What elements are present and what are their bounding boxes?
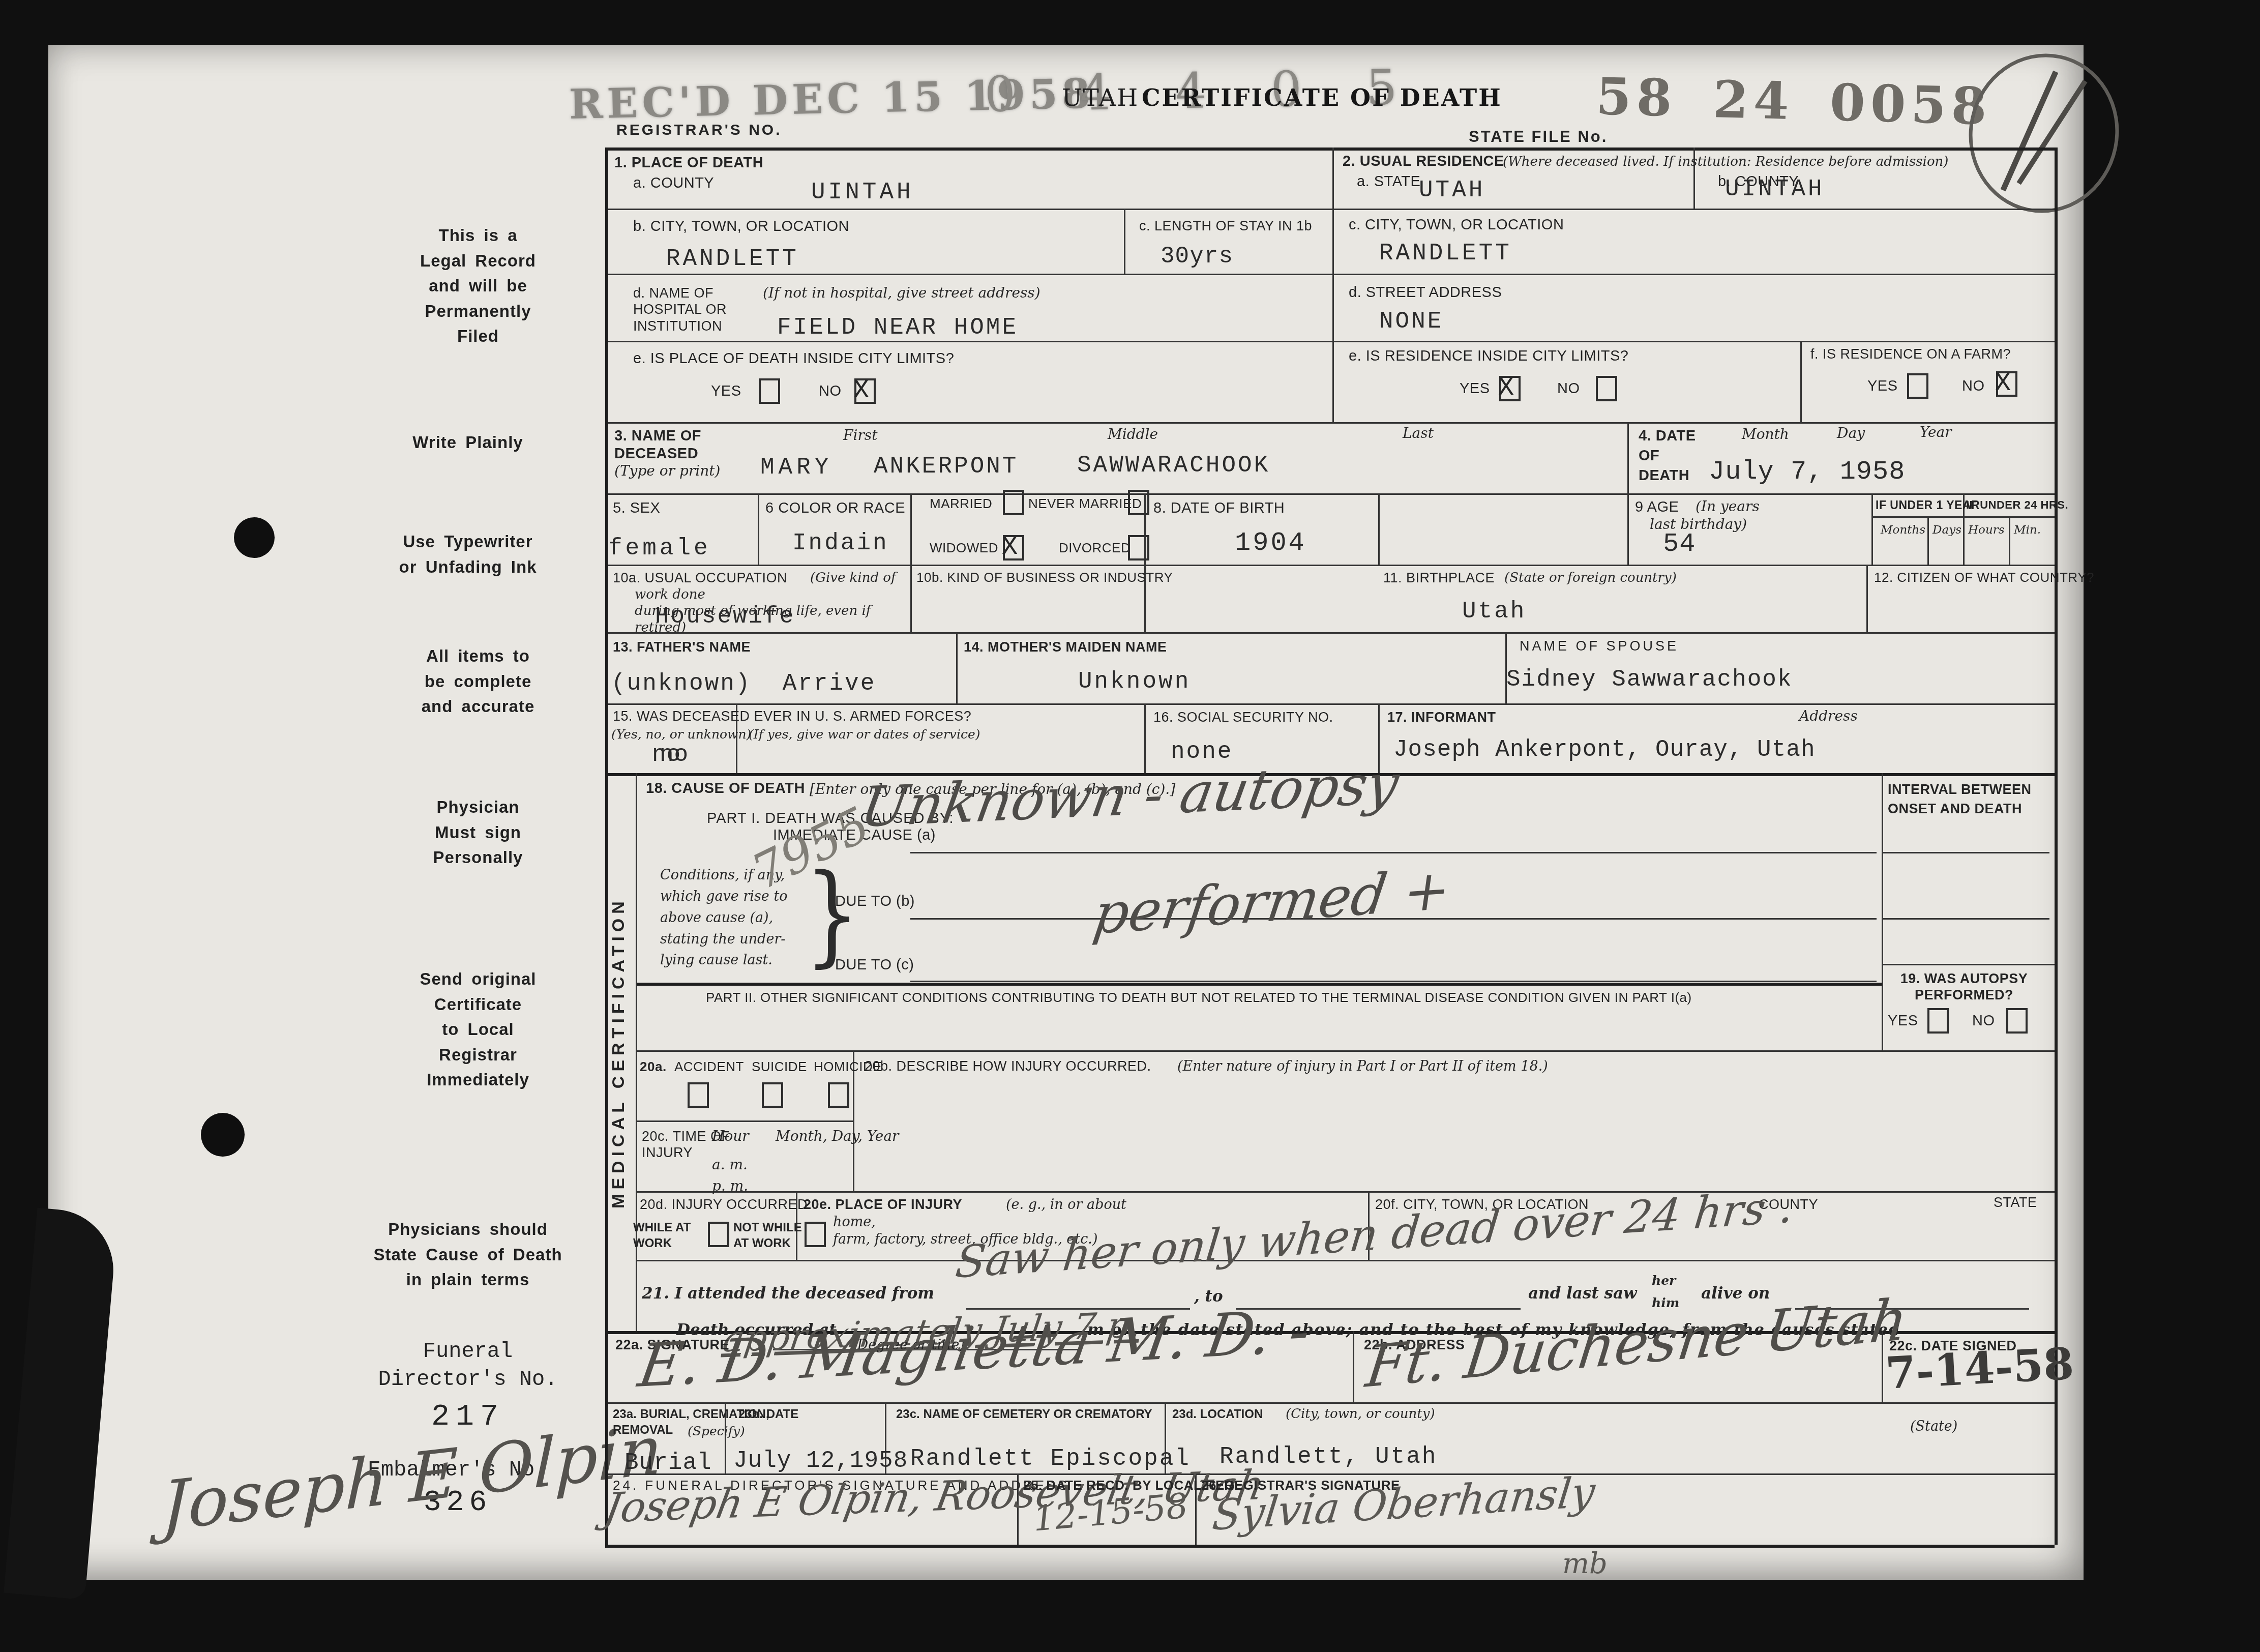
field-2e-label: e. IS RESIDENCE INSIDE CITY LIMITS?: [1349, 347, 1628, 365]
grid-line: [636, 1120, 853, 1122]
margin-note-physician-sign: Physician Must sign Personally: [336, 794, 620, 870]
field-1e-no-label: NO: [819, 382, 842, 400]
checkbox-7-never-married: [1128, 490, 1149, 515]
registrar-initials: mb: [1562, 1547, 1608, 1580]
field-8-value: 1904: [1235, 528, 1306, 558]
grid-line: [956, 632, 958, 703]
field-1-title: 1. PLACE OF DEATH: [614, 154, 763, 172]
registrars-no-label: REGISTRAR'S NO.: [616, 121, 782, 139]
field-4-label: 4. DATE OF DEATH: [1639, 426, 1696, 486]
interval-line: [1882, 852, 2049, 853]
funeral-directors-no-label: Funeral Director's No.: [285, 1338, 651, 1393]
field-7-widowed-label: WIDOWED: [930, 540, 998, 556]
field-2b-value: UINTAH: [1725, 176, 1825, 202]
checkbox-19-yes: [1927, 1008, 1949, 1034]
x-mark: X: [853, 375, 869, 405]
checkbox-while-at-work: [708, 1222, 729, 1247]
checkbox-2f-yes: [1907, 373, 1928, 399]
field-11-label: 11. BIRTHPLACE: [1383, 570, 1495, 586]
field-21-her: her: [1652, 1273, 1676, 1288]
x-mark: X: [1002, 532, 1018, 562]
field-23a-value: Burial: [625, 1450, 712, 1476]
field-16-label: 16. SOCIAL SECURITY NO.: [1153, 709, 1333, 725]
grid-line: [1800, 341, 1802, 422]
field-21-last-saw: and last saw: [1528, 1284, 1637, 1304]
field-2d-value: NONE: [1379, 308, 1443, 335]
grid-line: [636, 983, 1882, 986]
checkbox-2e-no: [1596, 376, 1617, 401]
field-1b-label: b. CITY, TOWN, OR LOCATION: [633, 218, 849, 235]
field-4-day-label: Day: [1837, 424, 1865, 442]
field-2a-label: a. STATE: [1357, 173, 1420, 191]
informant-address-label: Address: [1799, 707, 1858, 725]
grid-line: [758, 493, 759, 565]
field-13-label: 13. FATHER'S NAME: [613, 639, 751, 655]
field-3-middle-label: Middle: [1108, 425, 1158, 443]
margin-note-complete: All items to be complete and accurate: [325, 643, 631, 719]
date-signed-handwriting: 7-14-58: [1884, 1338, 2075, 1399]
not-while-at-work-label: NOT WHILE AT WORK: [733, 1220, 802, 1251]
hours-label: Hours: [1968, 523, 2005, 538]
field-1c-value: 30yrs: [1161, 243, 1233, 270]
field-15-label: 15. WAS DECEASED EVER IN U. S. ARMED FOR…: [613, 708, 971, 724]
field-3-last-label: Last: [1403, 424, 1434, 442]
grid-line: [605, 341, 2055, 342]
field-23d-state-label: (State): [1910, 1418, 1957, 1435]
field-8-label: 8. DATE OF BIRTH: [1153, 499, 1285, 517]
field-20d-label: 20d. INJURY OCCURRED: [640, 1196, 808, 1213]
while-at-work-label: WHILE AT WORK: [633, 1220, 691, 1251]
field-18-label: 18. CAUSE OF DEATH: [646, 780, 805, 798]
grid-line: [605, 147, 2055, 151]
field-4-value: July 7, 1958: [1709, 457, 1905, 487]
field-20b-sublabel: (Enter nature of injury in Part I or Par…: [1177, 1058, 1548, 1075]
field-19-label: 19. WAS AUTOPSY PERFORMED?: [1888, 970, 2040, 1004]
interval-label: INTERVAL BETWEEN ONSET AND DEATH: [1888, 780, 2032, 819]
under-24-hrs-label: IF UNDER 24 HRS.: [1966, 498, 2068, 512]
field-1c-label: c. LENGTH OF STAY IN 1b: [1139, 218, 1312, 234]
field-12-label: 12. CITIZEN OF WHAT COUNTRY?: [1874, 570, 2094, 585]
grid-line: [605, 703, 2055, 705]
checkbox-1e-no: X: [854, 378, 876, 404]
field-3-first-label: First: [843, 426, 877, 444]
field-19-no-label: NO: [1972, 1012, 1995, 1030]
field-2e-no-label: NO: [1557, 380, 1580, 398]
scanned-death-certificate: REC'D DEC 15 1958 0 4 4 0 5 UTAH CERTIFI…: [0, 0, 2260, 1652]
grid-line: [605, 209, 2055, 210]
field-2-title: 2. USUAL RESIDENCE: [1343, 153, 1504, 170]
field-23a-spec: (Specify): [688, 1423, 745, 1439]
field-1a-label: a. COUNTY: [633, 174, 714, 192]
grid-line: [1144, 703, 1146, 773]
margin-note-typewriter: Use Typewriter or Unfading Ink: [295, 529, 641, 579]
spouse-value: Sidney Sawwarachook: [1506, 666, 1793, 693]
margin-note-legal-record: This is a Legal Record and will be Perma…: [336, 223, 620, 349]
field-14-label: 14. MOTHER'S MAIDEN NAME: [964, 639, 1167, 655]
cause-line-a: [910, 852, 1877, 853]
field-23d-label: 23d. LOCATION: [1172, 1406, 1263, 1422]
field-2a-value: UTAH: [1419, 177, 1485, 203]
field-10a-label: 10a. USUAL OCCUPATION: [613, 570, 787, 586]
x-mark: X: [1498, 373, 1514, 403]
field-4-month-label: Month: [1742, 425, 1789, 443]
suicide-label: SUICIDE: [752, 1059, 807, 1075]
accident-label: ACCIDENT: [674, 1059, 744, 1075]
grid-line: [2009, 516, 2010, 565]
hole-punch-top: [234, 517, 275, 558]
field-13-value: (unknown) Arrive: [611, 670, 876, 697]
grid-line: [1882, 964, 2055, 965]
field-11-sublabel: (State or foreign country): [1504, 570, 1677, 586]
field-9-sublabel: (In years last birthday): [1650, 497, 1760, 533]
grid-line: [1866, 565, 1868, 632]
field-2f-no-label: NO: [1962, 377, 1985, 395]
grid-line: [1882, 773, 1883, 1050]
field-2c-label: c. CITY, TOWN, OR LOCATION: [1349, 216, 1564, 234]
medical-certification-label: MEDICAL CERTIFICATION: [608, 777, 629, 1329]
field-1e-yes-label: YES: [711, 382, 741, 400]
grid-line: [1124, 209, 1125, 274]
grid-line: [1871, 493, 1873, 565]
field-2c-value: RANDLETT: [1379, 240, 1512, 267]
field-1b-value: RANDLETT: [666, 246, 799, 272]
field-3-last-value: SAWWARACHOOK: [1077, 452, 1270, 479]
days-label: Days: [1932, 523, 1961, 538]
checkbox-suicide: [762, 1082, 783, 1108]
checkbox-homicide: [828, 1082, 849, 1108]
checkbox-not-while-at-work: [805, 1222, 826, 1247]
margin-note-write-plainly: Write Plainly: [315, 430, 620, 455]
field-9-value: 54: [1663, 529, 1696, 559]
hour-label: Hour: [712, 1127, 749, 1145]
field-1d-label: d. NAME OF HOSPITAL OR INSTITUTION: [633, 285, 727, 334]
grid-line: [1332, 147, 1334, 422]
field-15-sub1: (Yes, no, or unknown): [611, 726, 751, 742]
am-label: a. m.: [712, 1156, 748, 1173]
field-5-label: 5. SEX: [613, 499, 660, 517]
field-4-year-label: Year: [1920, 423, 1952, 441]
grid-line: [2055, 147, 2058, 1545]
grid-line: [1627, 422, 1629, 565]
field-15-sub2: (If yes, give war or dates of service): [749, 726, 980, 742]
field-7-never-label: NEVER MARRIED: [1028, 496, 1142, 512]
grid-line: [605, 493, 2055, 495]
field-23d-sublabel: (City, town, or county): [1286, 1406, 1435, 1423]
field-3-label: 3. NAME OF DECEASED: [614, 427, 701, 463]
field-3-first-value: MARY: [760, 454, 832, 481]
field-11-value: Utah: [1462, 598, 1526, 625]
field-20b-label: 20b. DESCRIBE HOW INJURY OCCURRED.: [865, 1058, 1151, 1074]
checkbox-2f-no: X: [1996, 371, 2017, 397]
checkbox-1e-yes: [759, 378, 780, 404]
field-3-sublabel: (Type or print): [614, 462, 720, 480]
part2-label: PART II. OTHER SIGNIFICANT CONDITIONS CO…: [706, 990, 1692, 1006]
month-day-year-label: Month, Day, Year: [776, 1127, 899, 1145]
field-15-value: no: [652, 742, 681, 768]
field-7-divorced-label: DIVORCED: [1059, 540, 1131, 556]
grid-line: [1353, 1331, 1354, 1402]
field-7-married-label: MARRIED: [930, 496, 992, 512]
field-2f-yes-label: YES: [1867, 377, 1898, 395]
margin-note-plain-terms: Physicians should State Cause of Death i…: [275, 1217, 661, 1292]
field-23b-value: July 12,1958: [733, 1448, 908, 1474]
field-10b-label: 10b. KIND OF BUSINESS OR INDUSTRY: [916, 570, 1173, 585]
field-19-yes-label: YES: [1888, 1012, 1918, 1030]
margin-note-send-original: Send original Certificate to Local Regis…: [336, 966, 620, 1093]
field-14-value: Unknown: [1078, 668, 1191, 695]
title-state: UTAH: [1062, 84, 1139, 112]
field-1a-value: UINTAH: [811, 179, 914, 205]
hole-punch-bottom: [201, 1113, 245, 1157]
due-to-b-label: DUE TO (b): [835, 893, 915, 910]
checkbox-19-no: [2006, 1008, 2028, 1034]
months-label: Months: [1881, 523, 1925, 538]
checkbox-7-widowed: X: [1003, 535, 1024, 560]
grid-line: [910, 493, 912, 565]
grid-line: [605, 274, 2055, 275]
grid-line: [1378, 493, 1380, 565]
field-6-value: Indain: [792, 530, 889, 556]
state-file-number: 58 24 0058: [1595, 66, 1993, 136]
field-17-label: 17. INFORMANT: [1387, 709, 1496, 725]
interval-line: [1882, 918, 2049, 920]
grid-line: [605, 565, 2055, 566]
field-5-value: female: [608, 535, 711, 562]
field-2d-label: d. STREET ADDRESS: [1349, 284, 1502, 302]
field-23b-label: 23b. DATE: [738, 1406, 798, 1422]
field-21-pre: 21. I attended the deceased from: [642, 1284, 934, 1304]
page-title: CERTIFICATE OF DEATH: [1142, 84, 1502, 111]
field-10a-value: Housewife: [655, 603, 795, 630]
grid-line: [636, 1050, 2055, 1052]
field-6-label: 6 COLOR OR RACE: [765, 499, 905, 517]
state-label: STATE: [1994, 1194, 2037, 1211]
field-2f-label: f. IS RESIDENCE ON A FARM?: [1810, 346, 2011, 362]
field-2-title-sub: (Where deceased lived. If institution: R…: [1503, 154, 1948, 170]
field-17-value: Joseph Ankerpont, Ouray, Utah: [1393, 736, 1816, 763]
field-20e-label: 20e. PLACE OF INJURY: [804, 1196, 962, 1213]
spouse-label: NAME OF SPOUSE: [1520, 638, 1679, 654]
due-to-c-label: DUE TO (c): [835, 956, 914, 974]
grid-line: [1927, 516, 1929, 565]
field-20a-label: 20a.: [640, 1059, 667, 1075]
min-label: Min.: [2014, 523, 2041, 538]
checkbox-7-married: [1003, 490, 1024, 515]
field-2e-yes-label: YES: [1460, 380, 1490, 398]
x-mark: X: [1995, 368, 2011, 398]
cause-line-c: [910, 981, 1877, 982]
field-1e-label: e. IS PLACE OF DEATH INSIDE CITY LIMITS?: [633, 350, 954, 368]
checkbox-7-divorced: [1128, 535, 1149, 560]
grid-line: [636, 1191, 2055, 1193]
field-23c-label: 23c. NAME OF CEMETERY OR CREMATORY: [896, 1406, 1152, 1422]
grid-line: [605, 1545, 2055, 1548]
field-3-middle-value: ANKERPONT: [874, 453, 1018, 480]
pm-label: p. m.: [712, 1177, 748, 1195]
grid-line: [605, 422, 2055, 424]
field-1d-sublabel: (If not in hospital, give street address…: [763, 284, 1040, 302]
checkbox-2e-yes: X: [1499, 376, 1521, 401]
checkbox-accident: [688, 1082, 709, 1108]
field-1d-value: FIELD NEAR HOME: [777, 314, 1018, 341]
state-file-label: STATE FILE No.: [1469, 127, 1608, 146]
under-1-year-label: IF UNDER 1 YEAR: [1876, 498, 1980, 513]
grid-line: [605, 1402, 2055, 1404]
